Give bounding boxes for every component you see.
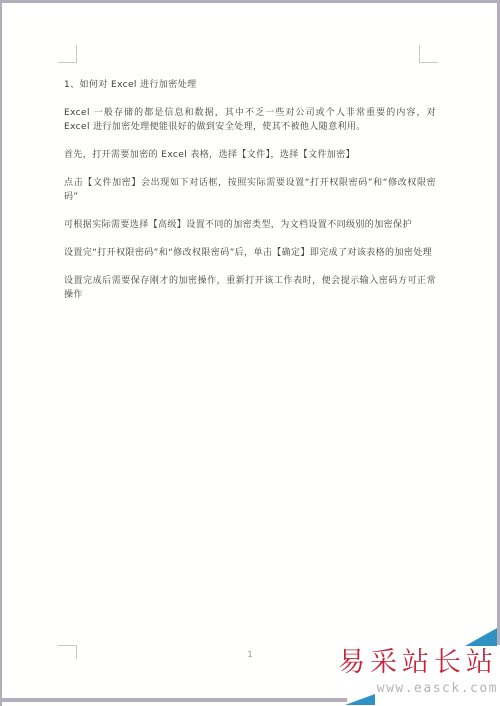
doc-paragraph: 设置完“打开权限密码”和“修改权限密码”后，单击【确定】即完成了对该表格的加密处…: [64, 246, 436, 260]
doc-paragraph: 可根据实际需要选择【高级】设置不同的加密类型，为文档设置不同级别的加密保护: [64, 218, 436, 232]
page-border-left: [0, 0, 2, 706]
doc-heading: 1、如何对 Excel 进行加密处理: [64, 78, 436, 92]
doc-paragraph: 首先，打开需要加密的 Excel 表格，选择【文件】，选择【文件加密】: [64, 148, 436, 162]
doc-paragraph: 点击【文件加密】会出现如下对话框，按照实际需要设置“打开权限密码”和“修改权限密…: [64, 176, 436, 204]
watermark-site-name: 易采站长站: [338, 646, 498, 680]
watermark-site-url: www.easck.com: [377, 681, 498, 696]
watermark-triangle-top-icon: [465, 628, 497, 646]
document-body: 1、如何对 Excel 进行加密处理 Excel 一般存储的都是信息和数据，其中…: [64, 78, 436, 316]
page-border-top: [0, 0, 500, 3]
text-boundary-corner-top-left-icon: [58, 45, 77, 63]
watermark-triangle-bottom-icon: [345, 694, 375, 705]
doc-paragraph: 设置完成后需要保存刚才的加密操作，重新打开该工作表时，便会提示输入密码方可正常操…: [64, 274, 436, 302]
doc-paragraph: Excel 一般存储的都是信息和数据，其中不乏一些对公司或个人非常重要的内容，对…: [64, 106, 436, 134]
document-page: 1、如何对 Excel 进行加密处理 Excel 一般存储的都是信息和数据，其中…: [0, 0, 500, 706]
text-boundary-corner-top-right-icon: [419, 45, 438, 63]
